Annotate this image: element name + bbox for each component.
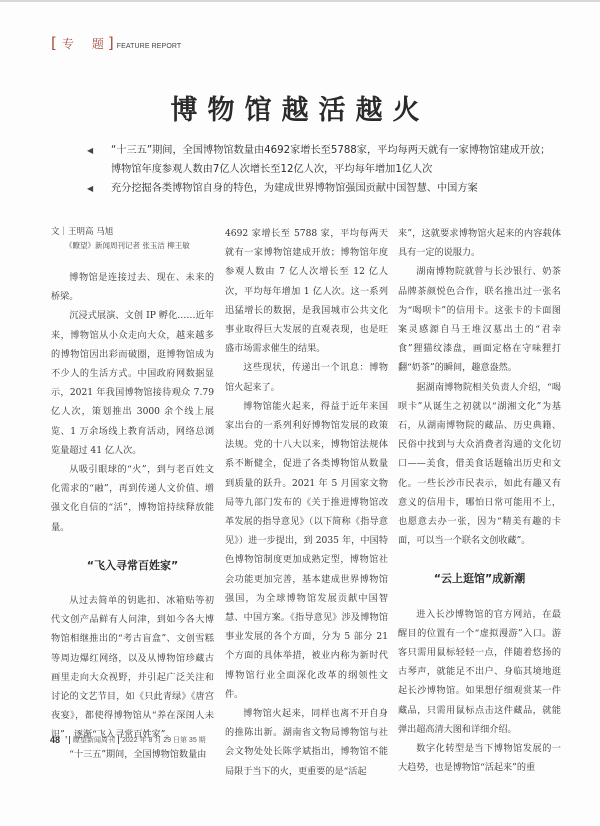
paragraph: 博物馆火起来，同样也离不开自身的推陈出新。湖南省文物局博物馆与社会文物处处长陈学… bbox=[225, 705, 388, 782]
column-3: 来”，这就要求博物馆火起来的内容载体具有一定的说服力。 湖南博物院就曾与长沙银行… bbox=[398, 225, 561, 778]
paragraph: 4692 家增长至 5788 家，平均每两天就有一家博物馆建成开放；博物馆年度参… bbox=[225, 225, 388, 359]
arrow-bullet-icon: ◀ bbox=[87, 179, 93, 198]
issue-date: 2022 年 8 月 29 日第 35 期 bbox=[122, 735, 206, 745]
column-2: 4692 家增长至 5788 家，平均每两天就有一家博物馆建成开放；博物馆年度参… bbox=[225, 225, 388, 782]
paragraph: 据湖南博物院相关负责人介绍，“喝呗卡”从诞生之初就以“湖湘文化”为基石，从湖南博… bbox=[398, 379, 561, 552]
page-number: 48 bbox=[50, 735, 60, 745]
summary-item: ◀ “十三五”期间，全国博物馆数量由4692家增长至5788家，平均每两天就有一… bbox=[87, 141, 557, 179]
paragraph: 博物馆能火起来，得益于近年来国家出台的一系列利好博物馆发展的政策法规。党的十八大… bbox=[225, 398, 388, 705]
article-title: 博物馆越活越火 bbox=[0, 88, 600, 127]
divider bbox=[69, 736, 70, 744]
paragraph: 从过去简单的钥匙扣、冰箱贴等初代文创产品鲜有人问津，到如今各大博物馆相继推出的“… bbox=[51, 592, 214, 746]
publication-name: 瞭望新闻周刊 bbox=[73, 735, 115, 745]
sub-heading: “飞入寻常百姓家” bbox=[51, 556, 214, 575]
article-body: 文｜王明高 马旭 《瞭望》新闻周刊记者 张玉洁 柳王敏 博物馆是连接过去、现在、… bbox=[51, 225, 571, 730]
article-summary: ◀ “十三五”期间，全国博物馆数量由4692家增长至5788家，平均每两天就有一… bbox=[87, 141, 557, 198]
bracket-close: ] bbox=[108, 34, 114, 52]
paragraph: “十三五”期间，全国博物馆数量由 bbox=[51, 746, 214, 765]
column-1: 文｜王明高 马旭 《瞭望》新闻周刊记者 张玉洁 柳王敏 博物馆是连接过去、现在、… bbox=[51, 225, 214, 765]
paragraph: 这些现状，传递出一个讯息：博物馆火起来了。 bbox=[225, 359, 388, 397]
paragraph: 数字化转型是当下博物馆发展的一大趋势，也是博物馆“活起来”的重 bbox=[398, 740, 561, 778]
summary-text: 充分挖掘各类博物馆自身的特色，为建成世界博物馆强国贡献中国智慧、中国方案 bbox=[111, 179, 557, 198]
paragraph: 博物馆是连接过去、现在、未来的桥梁。 bbox=[51, 269, 214, 307]
divider bbox=[118, 736, 119, 744]
page-edge bbox=[0, 0, 600, 2]
summary-item: ◀ 充分挖掘各类博物馆自身的特色，为建成世界博物馆强国贡献中国智慧、中国方案 bbox=[87, 179, 557, 198]
summary-text: “十三五”期间，全国博物馆数量由4692家增长至5788家，平均每两天就有一家博… bbox=[111, 141, 557, 179]
page-footer: 48 瞭望新闻周刊 2022 年 8 月 29 日第 35 期 bbox=[50, 735, 206, 745]
sub-heading: “云上逛馆”成新潮 bbox=[398, 569, 561, 588]
section-tag: [ 专题 ] FEATURE REPORT bbox=[51, 34, 181, 52]
paragraph: 沉浸式展演、文创 IP 孵化……近年来，博物馆从小众走向大众，越来越多的博物馆因… bbox=[51, 307, 214, 461]
arrow-bullet-icon: ◀ bbox=[87, 141, 93, 160]
paragraph: 从吸引眼球的“火”，到与老百姓文化需求的“融”，再到传递人文价值、增强文化自信的… bbox=[51, 461, 214, 538]
byline-reporters: 《瞭望》新闻周刊记者 张玉洁 柳王敏 bbox=[51, 239, 214, 253]
section-label-en: FEATURE REPORT bbox=[117, 43, 182, 50]
paragraph: 进入长沙博物馆的官方网站，在最醒目的位置有一个“虚拟漫游”入口。游客只需用鼠标轻… bbox=[398, 606, 561, 740]
paragraph: 湖南博物院就曾与长沙银行、奶茶品牌茶颜悦色合作，联名推出过一张名为“喝呗卡”的信… bbox=[398, 263, 561, 378]
bracket-open: [ bbox=[51, 34, 57, 52]
paragraph: 来”，这就要求博物馆火起来的内容载体具有一定的说服力。 bbox=[398, 225, 561, 263]
byline-author: 文｜王明高 马旭 bbox=[51, 225, 214, 239]
